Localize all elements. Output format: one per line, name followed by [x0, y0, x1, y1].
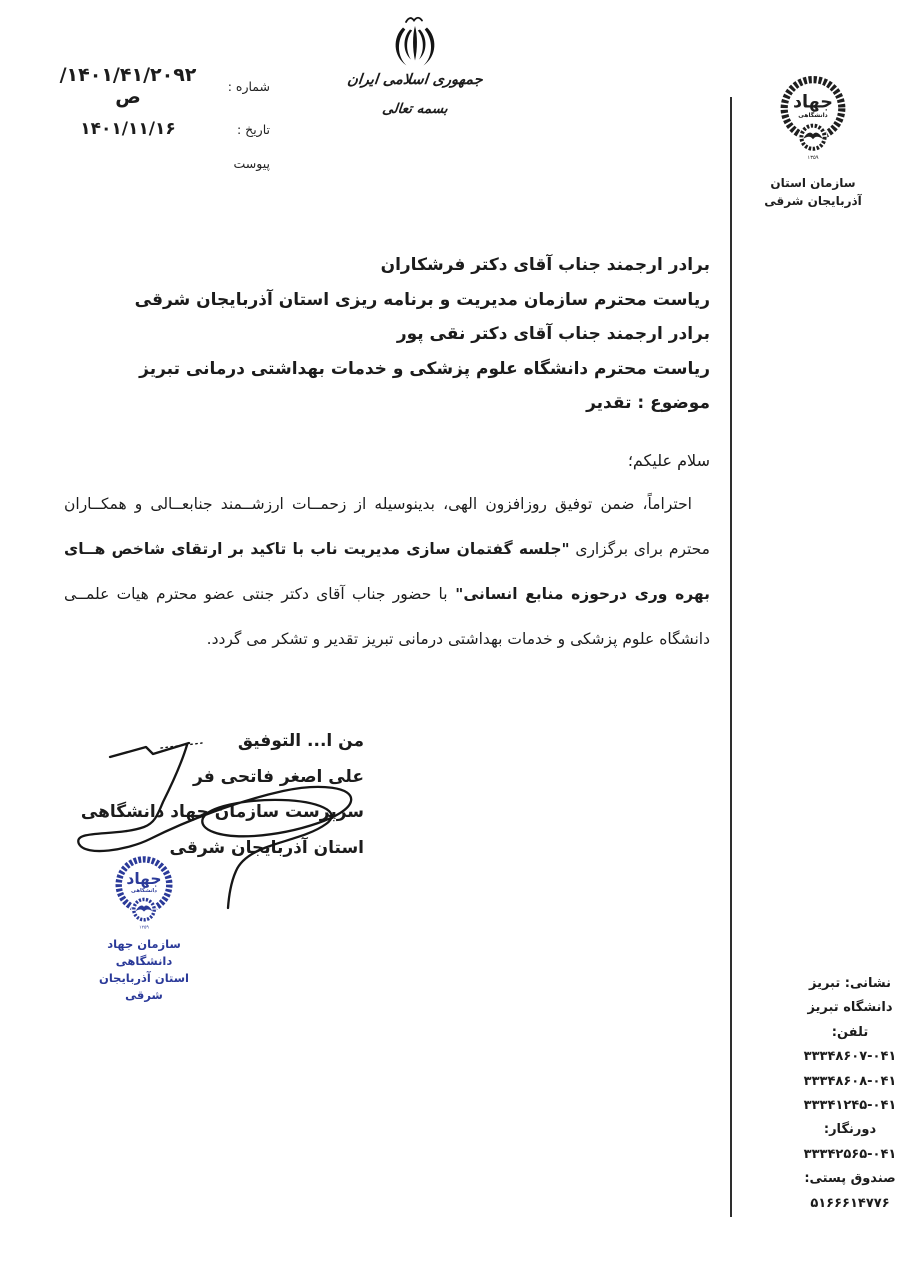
address-label: نشانی: تبریز	[795, 972, 900, 996]
svg-text:جهاد: جهاد	[126, 870, 161, 888]
ref-number-value: ۱۴۰۱/۴۱/۲۰۹۲/ص	[48, 64, 208, 108]
reference-block: شماره : ۱۴۰۱/۴۱/۲۰۹۲/ص تاریخ : ۱۴۰۱/۱۱/۱…	[48, 64, 270, 184]
phone-number-2: ۳۳۳۴۸۶۰۸-۰۴۱	[795, 1070, 900, 1094]
pobox-label: صندوق پستی:	[795, 1167, 900, 1191]
letter-content: برادر ارجمند جناب آقای دکتر فرشکاران ریا…	[64, 248, 710, 662]
address-value: دانشگاه تبریز	[795, 996, 900, 1020]
phone-label: تلفن:	[795, 1021, 900, 1045]
ref-attachment-label: پیوست	[208, 156, 270, 171]
body-line-1: احتراماً، ضمن توفیق روزافزون الهی، بدینو…	[64, 482, 710, 527]
org-province-line1: سازمان استان	[745, 174, 881, 192]
signature-name: علی اصغر فاتحی فر	[150, 760, 364, 796]
addressee-line-2: ریاست محترم سازمان مدیریت و برنامه ریزی …	[64, 283, 710, 318]
ref-number-label: شماره :	[208, 79, 270, 94]
ref-date-value: ۱۴۰۱/۱۱/۱۶	[48, 119, 208, 139]
addressee-line-3: برادر ارجمند جناب آقای دکتر نقی پور	[64, 317, 710, 352]
organization-stamp: جهاد دانشگاهی ۱۳۵۹ سازمان جهاد دانشگاهی …	[86, 853, 202, 1004]
addressee-line-4: ریاست محترم دانشگاه علوم پزشکی و خدمات ب…	[64, 352, 710, 387]
greeting-line: سلام علیکم؛	[64, 449, 710, 473]
addressee-block: برادر ارجمند جناب آقای دکتر فرشکاران ریا…	[64, 248, 710, 421]
vertical-divider	[730, 97, 732, 1217]
contact-block: نشانی: تبریز دانشگاه تبریز تلفن: ۳۳۳۴۸۶۰…	[795, 972, 900, 1216]
svg-text:دانشگاهی: دانشگاهی	[798, 111, 827, 119]
ref-number-row: شماره : ۱۴۰۱/۴۱/۲۰۹۲/ص	[48, 64, 270, 108]
phone-number-3: ۳۳۳۴۱۲۴۵-۰۴۱	[795, 1094, 900, 1118]
republic-title: جمهوری اسلامی ایران	[304, 72, 526, 88]
stamp-org-line2: استان آذربایجان شرقی	[86, 970, 202, 1004]
svg-text:دانشگاهی: دانشگاهی	[131, 887, 157, 894]
stamp-jahad-logo-icon: جهاد دانشگاهی ۱۳۵۹	[106, 853, 182, 933]
signature-motto: من ا... التوفیق	[150, 724, 364, 760]
fax-label: دورنگار:	[795, 1118, 900, 1142]
fax-number: ۳۳۳۴۲۵۶۵-۰۴۱	[795, 1143, 900, 1167]
ref-date-label: تاریخ :	[208, 122, 270, 137]
body-line-3: بهره وری درحوزه منابع انسانی" با حضور جن…	[64, 572, 710, 617]
body-paragraph: احتراماً، ضمن توفیق روزافزون الهی، بدینو…	[64, 482, 710, 662]
header-center: جمهوری اسلامی ایران بسمه تعالی	[305, 14, 525, 117]
svg-text:۱۳۵۹: ۱۳۵۹	[139, 924, 149, 930]
addressee-line-1: برادر ارجمند جناب آقای دکتر فرشکاران	[64, 248, 710, 283]
body-line-2: محترم برای برگزاری "جلسه گفتمان سازی مدی…	[64, 527, 710, 572]
ref-attachment-row: پیوست	[48, 150, 270, 176]
jahad-logo-icon: جهاد دانشگاهی ۱۳۵۹	[773, 72, 853, 164]
signature-title-line1: سرپرست سازمان جهاد دانشگاهی	[150, 795, 364, 831]
body-line-4: دانشگاه علوم پزشکی و خدمات بهداشتی درمان…	[64, 617, 710, 662]
subject-line: موضوع : تقدیر	[64, 386, 710, 421]
svg-text:جهاد: جهاد	[793, 93, 833, 113]
iran-emblem-icon	[390, 14, 440, 70]
phone-number-1: ۳۳۳۴۸۶۰۷-۰۴۱	[795, 1045, 900, 1069]
ref-date-row: تاریخ : ۱۴۰۱/۱۱/۱۶	[48, 116, 270, 142]
basmala-text: بسمه تعالی	[304, 101, 526, 117]
org-province-line2: آذربایجان شرقی	[745, 192, 881, 210]
org-header: جهاد دانشگاهی ۱۳۵۹ سازمان استان آذربایجا…	[745, 72, 881, 210]
svg-text:۱۳۵۹: ۱۳۵۹	[807, 155, 818, 161]
pobox-number: ۵۱۶۶۶۱۴۷۷۶	[795, 1192, 900, 1216]
signature-block: من ا... التوفیق علی اصغر فاتحی فر سرپرست…	[150, 724, 364, 866]
letter-page: شماره : ۱۴۰۱/۴۱/۲۰۹۲/ص تاریخ : ۱۴۰۱/۱۱/۱…	[0, 0, 900, 1273]
stamp-org-line1: سازمان جهاد دانشگاهی	[86, 936, 202, 970]
